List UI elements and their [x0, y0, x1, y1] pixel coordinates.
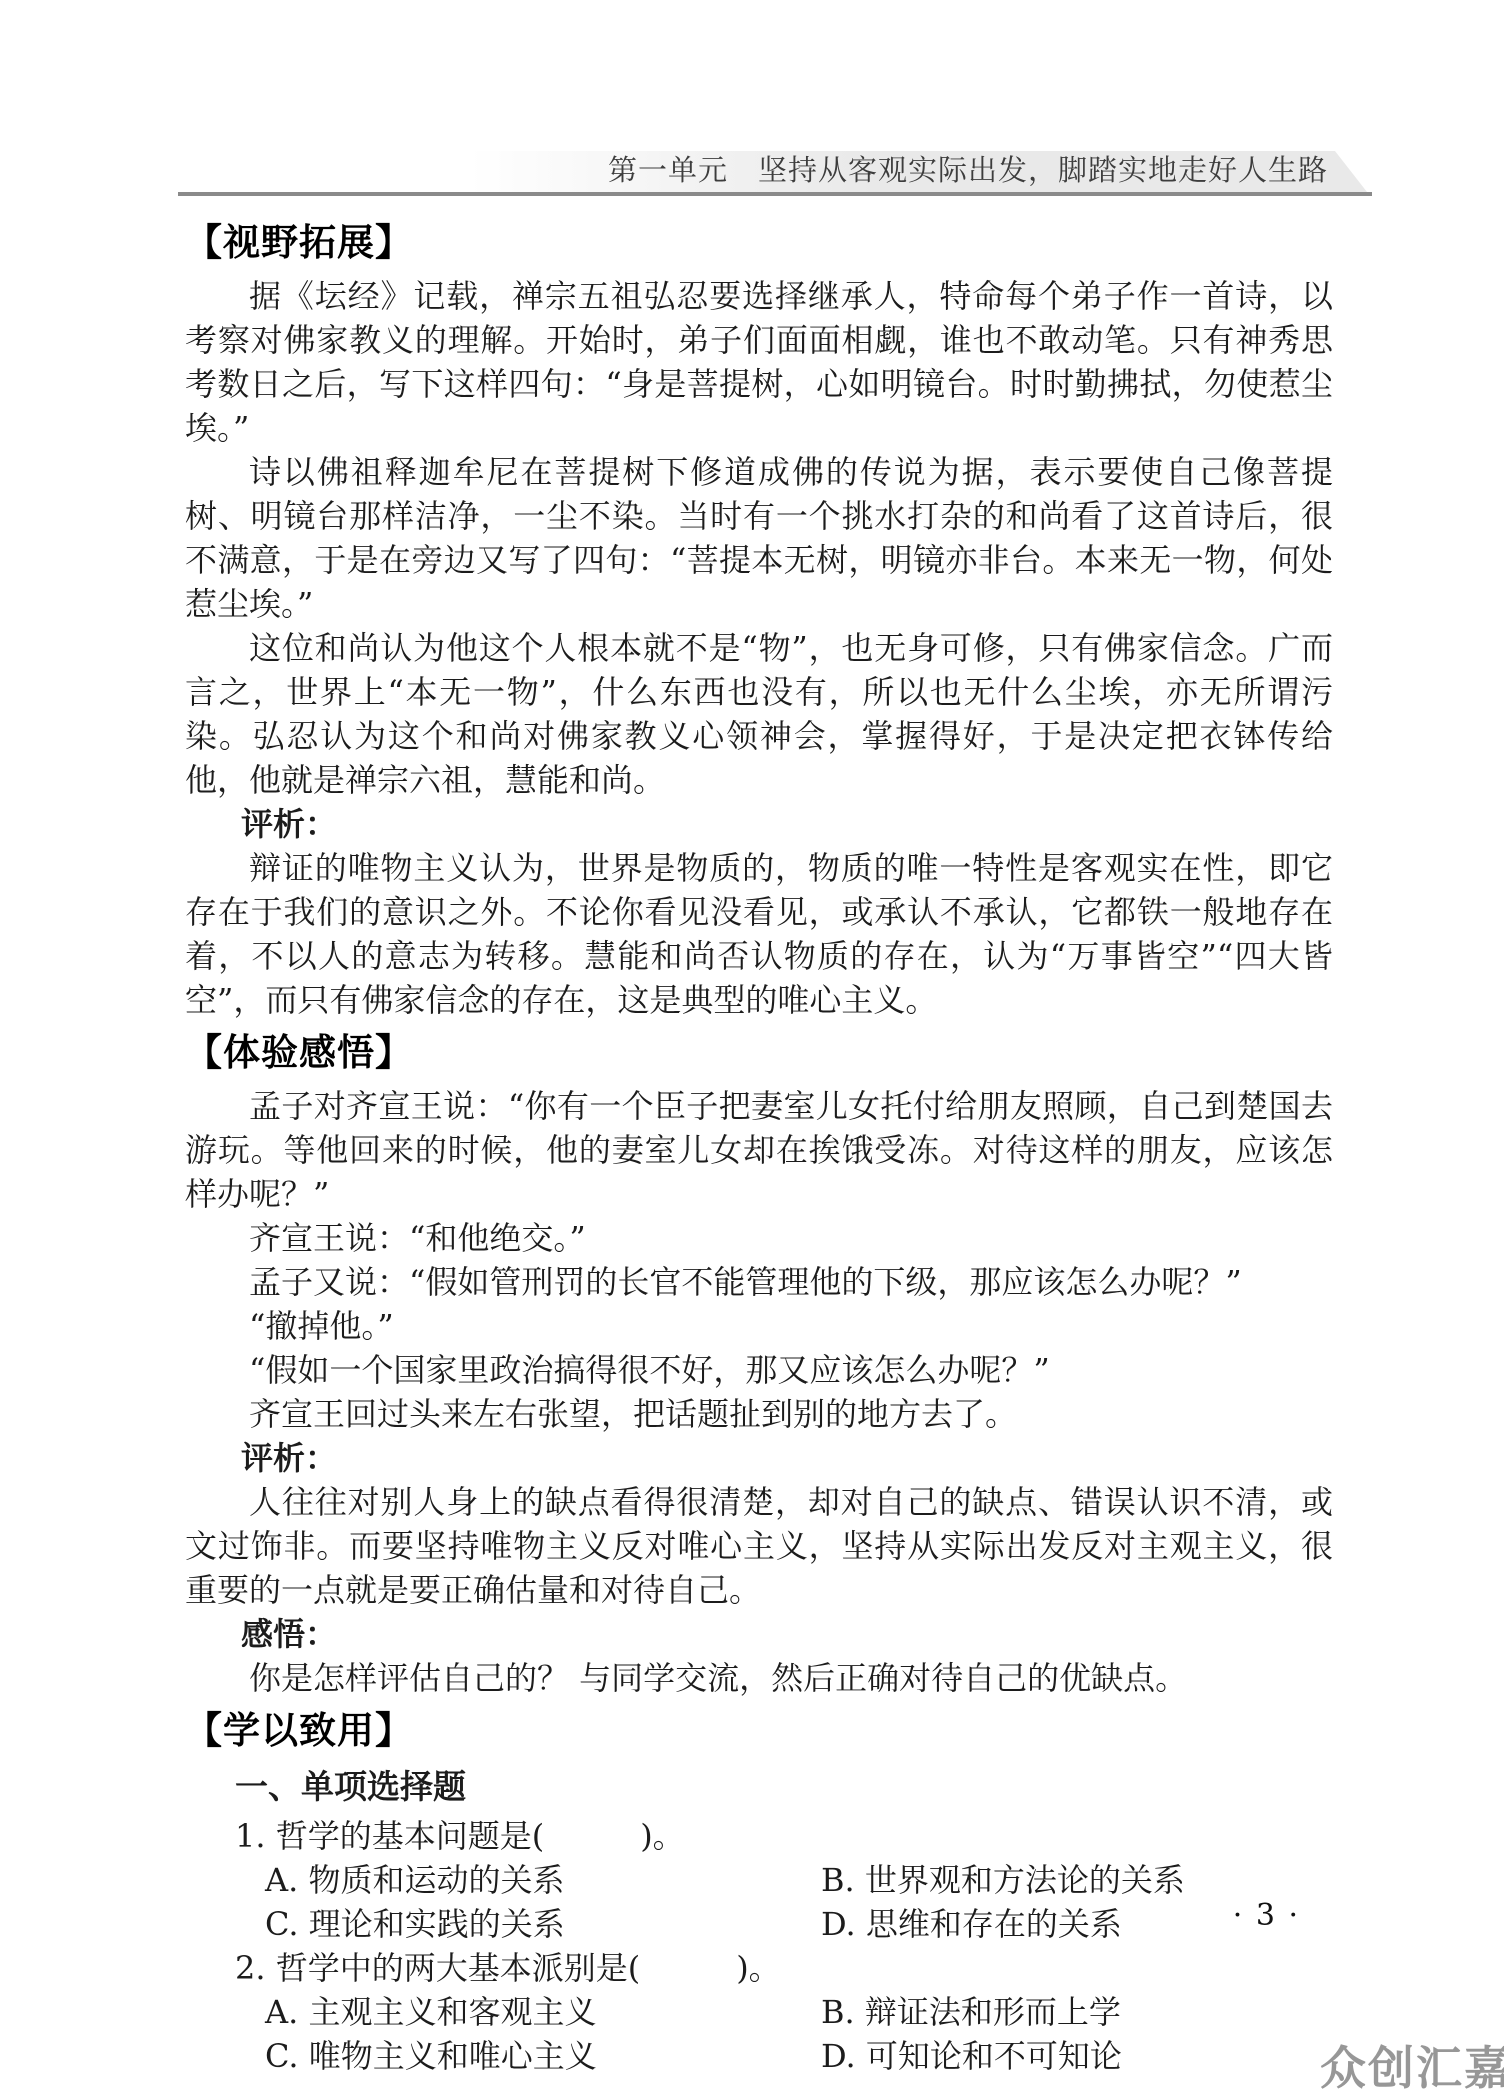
comment-label: 评析： — [185, 802, 1333, 846]
page-number: · 3 · — [1233, 1898, 1300, 1933]
question-stem: 1. 哲学的基本问题是( )。 — [185, 1814, 1333, 1858]
section-heading-apply-learning: 【学以致用】 — [185, 1706, 1333, 1756]
dialog-line: 齐宣王说：“和他绝交。” — [185, 1216, 1333, 1260]
publisher-watermark: 众创汇嘉 — [1320, 2032, 1504, 2094]
question-options: A. 主观主义和客观主义 B. 辩证法和形而上学 C. 唯物主义和唯心主义 D.… — [185, 1990, 1333, 2078]
option-c: C. 唯物主义和唯心主义 — [265, 2034, 821, 2078]
insight-paragraph: 你是怎样评估自己的？ 与同学交流，然后正确对待自己的优缺点。 — [185, 1656, 1333, 1700]
option-a: A. 主观主义和客观主义 — [265, 1990, 821, 2034]
option-a: A. 物质和运动的关系 — [265, 1858, 821, 1902]
paragraph: 诗以佛祖释迦牟尼在菩提树下修道成佛的传说为据，表示要使自己像菩提树、明镜台那样洁… — [185, 450, 1333, 626]
dialog-line: “假如一个国家里政治搞得很不好，那又应该怎么办呢？” — [185, 1348, 1333, 1392]
option-d: D. 可知论和不可知论 — [821, 2034, 1333, 2078]
page-content: 【视野拓展】 据《坛经》记载，禅宗五祖弘忍要选择继承人，特命每个弟子作一首诗，以… — [185, 212, 1333, 2078]
comment-paragraph: 辩证的唯物主义认为，世界是物质的，物质的唯一特性是客观实在性，即它存在于我们的意… — [185, 846, 1333, 1022]
exercise-type-heading: 一、单项选择题 — [185, 1762, 1333, 1812]
comment-paragraph: 人往往对别人身上的缺点看得很清楚，却对自己的缺点、错误认识不清，或文过饰非。而要… — [185, 1480, 1333, 1612]
question-options: A. 物质和运动的关系 B. 世界观和方法论的关系 C. 理论和实践的关系 D.… — [185, 1858, 1333, 1946]
option-b: B. 辩证法和形而上学 — [821, 1990, 1333, 2034]
option-b: B. 世界观和方法论的关系 — [821, 1858, 1333, 1902]
textbook-page: 第一单元 坚持从客观实际出发，脚踏实地走好人生路 【视野拓展】 据《坛经》记载，… — [0, 0, 1504, 2094]
paragraph: 据《坛经》记载，禅宗五祖弘忍要选择继承人，特命每个弟子作一首诗，以考察对佛家教义… — [185, 274, 1333, 450]
section-heading-vision-expansion: 【视野拓展】 — [185, 218, 1333, 268]
dialog-line: 齐宣王回过头来左右张望，把话题扯到别的地方去了。 — [185, 1392, 1333, 1436]
header-divider — [178, 192, 1372, 196]
comment-label: 评析： — [185, 1436, 1333, 1480]
insight-label: 感悟： — [185, 1612, 1333, 1656]
running-header: 第一单元 坚持从客观实际出发，脚踏实地走好人生路 — [608, 151, 1328, 192]
option-c: C. 理论和实践的关系 — [265, 1902, 821, 1946]
dialog-line: 孟子又说：“假如管刑罚的长官不能管理他的下级，那应该怎么办呢？” — [185, 1260, 1333, 1304]
section-heading-experience-insight: 【体验感悟】 — [185, 1028, 1333, 1078]
question-stem: 2. 哲学中的两大基本派别是( )。 — [185, 1946, 1333, 1990]
paragraph: 这位和尚认为他这个人根本就不是“物”，也无身可修，只有佛家信念。广而言之，世界上… — [185, 626, 1333, 802]
dialog-line: 孟子对齐宣王说：“你有一个臣子把妻室儿女托付给朋友照顾，自己到楚国去游玩。等他回… — [185, 1084, 1333, 1216]
dialog-line: “撤掉他。” — [185, 1304, 1333, 1348]
